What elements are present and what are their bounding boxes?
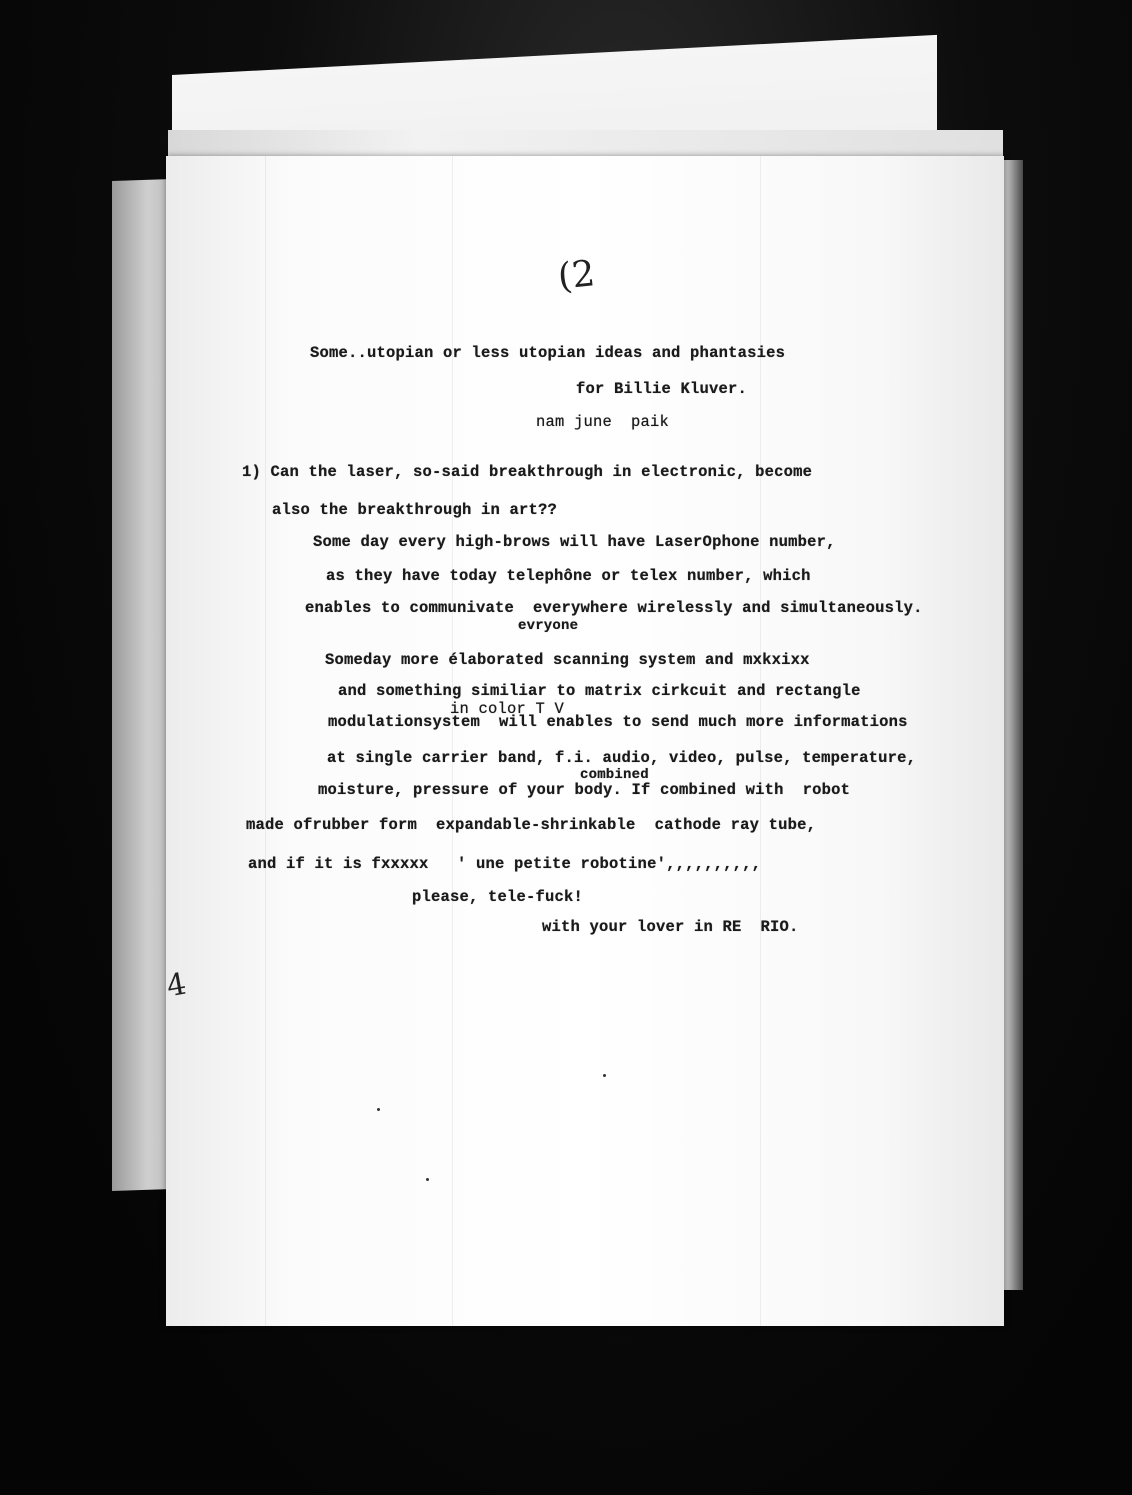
paper-speck — [426, 1178, 429, 1181]
body-line: 1) Can the laser, so-said breakthrough i… — [242, 463, 812, 481]
paper-speck — [377, 1108, 380, 1111]
page-fold-line — [265, 156, 266, 1326]
body-line: also the breakthrough in art?? — [272, 501, 557, 519]
body-line: as they have today telephône or telex nu… — [326, 567, 811, 585]
interlinear-insertion: evryone — [518, 618, 578, 634]
back-sheet-left-edge — [112, 179, 172, 1191]
document-author: nam june paik — [536, 413, 669, 431]
paper-speck — [603, 1074, 606, 1077]
body-line: modulationsystem will enables to send mu… — [328, 713, 908, 731]
body-line: moisture, pressure of your body. If comb… — [318, 781, 850, 799]
page-fold-line — [760, 156, 761, 1326]
body-line: Someday more élaborated scanning system … — [325, 651, 810, 669]
closing-line: with your lover in RE RIO. — [542, 918, 799, 936]
page-fold-line — [452, 156, 453, 1326]
body-line: Some day every high-brows will have Lase… — [313, 533, 836, 551]
document-title: Some..utopian or less utopian ideas and … — [310, 344, 785, 362]
body-line: enables to communivate everywhere wirele… — [305, 599, 923, 617]
body-line: and something similiar to matrix cirkcui… — [338, 682, 861, 700]
body-line: please, tele-fuck! — [412, 888, 583, 906]
body-line: at single carrier band, f.i. audio, vide… — [327, 749, 916, 767]
handwritten-page-number: (2 — [556, 253, 597, 298]
body-line: made ofrubber form expandable-shrinkable… — [246, 816, 816, 834]
body-line: and if it is fxxxxx ' une petite robotin… — [248, 855, 761, 873]
document-dedication: for Billie Kluver. — [576, 380, 747, 398]
typed-page — [166, 156, 1004, 1326]
